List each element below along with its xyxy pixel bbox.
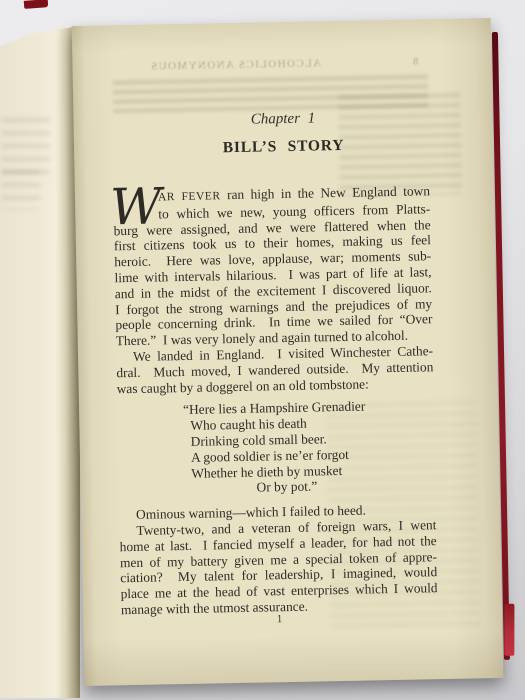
book-photo: ALCOHOLICS ANONYMOUS 8 Chapter 1 BILL’S … — [0, 0, 525, 700]
book-cover-right-edge — [492, 32, 510, 660]
small-caps-lead: AR FEVER — [158, 190, 221, 203]
bleedthrough-page-number: 8 — [411, 55, 418, 67]
bleedthrough-running-header: ALCOHOLICS ANONYMOUS 8 — [110, 55, 427, 74]
facing-page — [0, 26, 80, 698]
book-page: ALCOHOLICS ANONYMOUS 8 Chapter 1 BILL’S … — [72, 18, 504, 686]
book-cover-corner — [504, 604, 514, 656]
drop-cap: W — [110, 181, 162, 232]
paragraph: Twenty-two, and a veteran of foreign war… — [119, 517, 438, 618]
paragraph: We landed in England. I visited Winchest… — [116, 343, 434, 396]
paragraph: WAR FEVER ran high in the New England to… — [113, 183, 433, 349]
body-text: WAR FEVER ran high in the New England to… — [113, 183, 438, 618]
bleedthrough-smudge — [2, 170, 40, 210]
bleedthrough-header-text: ALCOHOLICS ANONYMOUS — [150, 57, 322, 72]
book-cover-top-edge — [24, 0, 48, 9]
poem: “Here lies a Hampshire GrenadierWho caug… — [117, 398, 436, 499]
